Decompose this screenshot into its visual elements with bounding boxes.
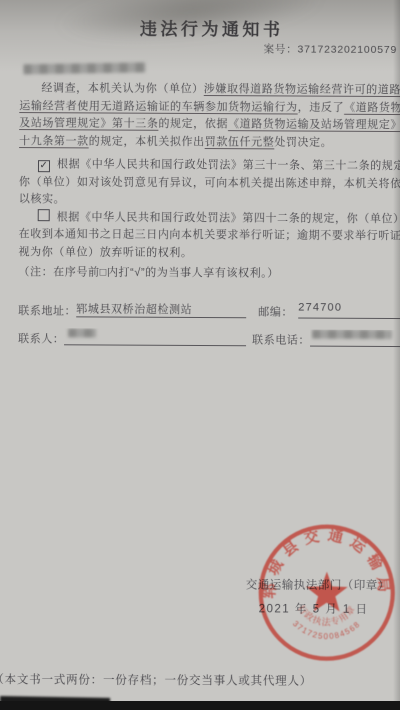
option1-line: 以核实。 bbox=[19, 191, 400, 211]
option2-text: 视为你（单位）放弃听证的权利。 bbox=[19, 246, 193, 259]
page-title: 违法行为通知书 bbox=[12, 14, 400, 41]
body-text-underlined: 《道路货物运输 bbox=[344, 101, 400, 113]
body-text: ，违反了 bbox=[298, 101, 344, 113]
body-line: 及站场管理规定》第十三条的规定，依据《道路货物运输及站场管理规定》第二 bbox=[19, 115, 400, 135]
case-number-label: 案号： bbox=[264, 43, 298, 55]
notice-body: 经调查，本机关认为你（单位）涉嫌取得道路货物运输经营许可的道路货物 运输经营者使… bbox=[18, 80, 400, 284]
phone-redacted bbox=[312, 330, 392, 339]
option1-line: ✓根据《中华人民共和国行政处罚法》第三十一条、第三十二条的规定， bbox=[19, 156, 400, 176]
option2-text: 在收到本通知书之日起三日内向本机关要求举行听证；逾期不要求举行听证的， bbox=[19, 228, 400, 242]
body-line: 十九条第一款的规定，本机关拟作出罚款伍仟元整处罚决定。 bbox=[19, 133, 400, 153]
body-text-underlined: 运输经营者使用无道路运输证的车辆参加货物运输行为 bbox=[19, 100, 297, 113]
penalty-amount-underlined: 罚款伍仟元整 bbox=[205, 136, 275, 148]
option2-line: 根据《中华人民共和国行政处罚法》第四十二条的规定，你（单位）有权 bbox=[19, 209, 400, 229]
body-text-underlined: 及站场管理规定》第十三条 bbox=[19, 117, 158, 130]
option1-line: 你（单位）如对该处罚意见有异议，可向本机关提出陈述申辩，本机关将依法予 bbox=[19, 174, 400, 194]
contact-person-redacted bbox=[68, 328, 96, 337]
seal-type-text: 行政执法专用章 bbox=[296, 603, 358, 628]
svg-text:行政执法专用章: 行政执法专用章 bbox=[296, 603, 358, 628]
option1-text: 根据《中华人民共和国行政处罚法》第三十一条、第三十二条的规定， bbox=[57, 158, 400, 172]
footer-copies-note: （本文书一式两份：一份存档；一份交当事人或其代理人） bbox=[0, 671, 312, 689]
document-photo: 违法行为通知书 案号：371723202100579 经调查，本机关认为你（单位… bbox=[0, 0, 400, 710]
option1-text: 以核实。 bbox=[19, 193, 65, 205]
note-line: （注：在序号前□内打“√”的为当事人享有该权利。） bbox=[18, 264, 400, 284]
option2-text: 根据《中华人民共和国行政处罚法》第四十二条的规定，你（单位）有权 bbox=[57, 211, 400, 225]
body-line: 运输经营者使用无道路运输证的车辆参加货物运输行为，违反了《道路货物运输 bbox=[19, 98, 400, 118]
address-field: 郓城县双桥治超检测站 bbox=[76, 300, 246, 318]
body-text-underlined: 十九条第一款 bbox=[19, 135, 89, 147]
body-text: 处罚决定。 bbox=[274, 136, 332, 148]
official-seal: 郓城县交通运输局 行政执法专用章 3717250084568 bbox=[254, 520, 399, 665]
star-icon bbox=[306, 572, 348, 612]
option1-text: 你（单位）如对该处罚意见有异议，可向本机关提出陈述申辩，本机关将依法予 bbox=[19, 176, 400, 190]
postcode-field: 274700 bbox=[298, 302, 400, 320]
address-label: 联系地址： bbox=[18, 302, 76, 318]
checkbox-unchecked-icon bbox=[38, 209, 50, 221]
photo-bottom-edge bbox=[0, 701, 400, 710]
case-number: 案号：371723202100579 bbox=[264, 41, 398, 57]
addressee-redacted bbox=[23, 62, 145, 74]
phone-label: 联系电话： bbox=[252, 331, 310, 347]
body-text: 经调查，本机关认为你（单位） bbox=[41, 82, 203, 95]
phone-field bbox=[310, 330, 400, 347]
body-text-underlined: 《道路货物运输及站场管理规定》第二 bbox=[228, 118, 400, 131]
body-line: 经调查，本机关认为你（单位）涉嫌取得道路货物运输经营许可的道路货物 bbox=[19, 80, 400, 100]
option2-line: 视为你（单位）放弃听证的权利。 bbox=[18, 244, 400, 264]
postcode-label: 邮编： bbox=[258, 303, 293, 319]
contact-person-field bbox=[64, 328, 246, 346]
option2-line: 在收到本通知书之日起三日内向本机关要求举行听证；逾期不要求举行听证的， bbox=[19, 226, 400, 246]
case-number-value: 371723202100579 bbox=[297, 44, 397, 57]
checkbox-checked-icon: ✓ bbox=[38, 160, 50, 172]
body-text: 的规定，本机关拟作出 bbox=[89, 135, 205, 148]
body-text: 的规定，依据 bbox=[158, 118, 228, 130]
body-text-underlined: 涉嫌取得道路货物运输经营许可的道路货物 bbox=[204, 83, 400, 96]
contact-person-label: 联系人： bbox=[18, 330, 64, 346]
